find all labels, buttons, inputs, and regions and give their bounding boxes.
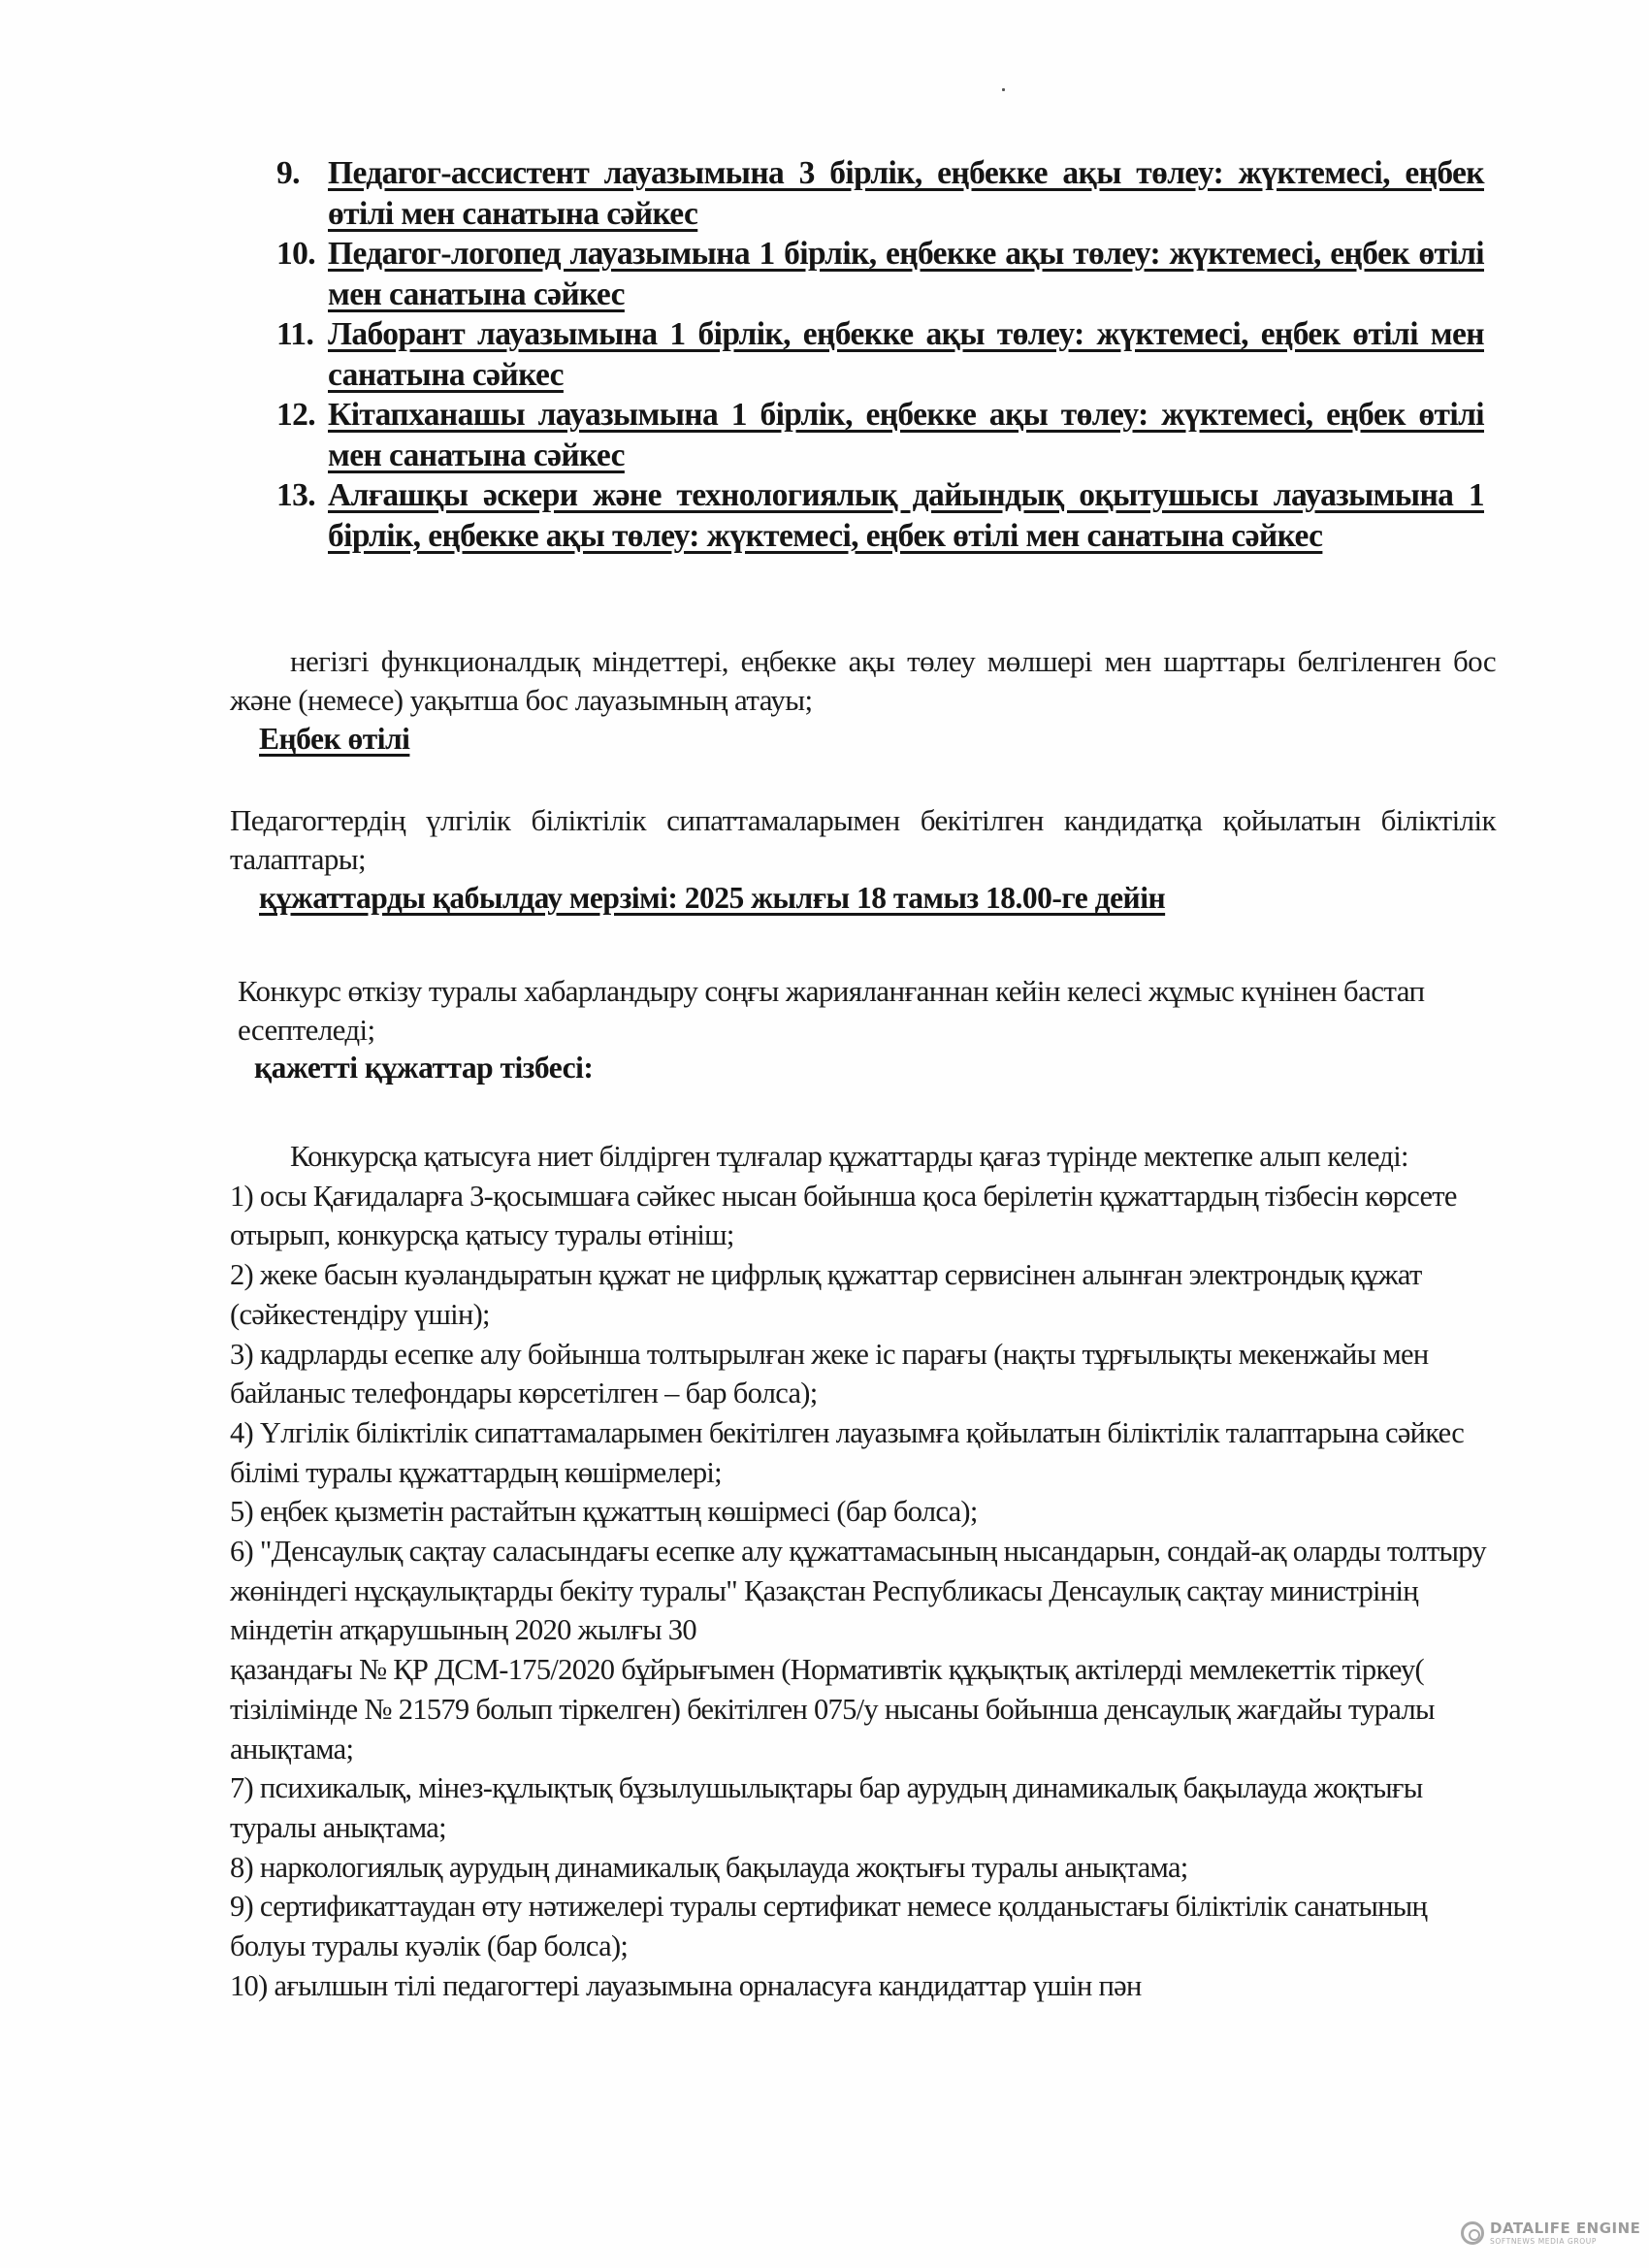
document-item: 10) ағылшын тілі педагогтері лауазымына … <box>230 1966 1501 2006</box>
position-item: 11. Лаборант лауазымына 1 бірлік, еңбекк… <box>276 314 1484 395</box>
position-number: 10. <box>276 234 328 275</box>
documents-intro: Конкурсқа қатысуға ниет білдірген тұлғал… <box>230 1137 1501 1177</box>
datalife-watermark: DATALIFE ENGINE SOFTNEWS MEDIA GROUP <box>1461 2221 1640 2246</box>
document-item: 7) психикалық, мінез-құлықтық бұзылушылы… <box>230 1768 1501 1847</box>
document-page: 9. Педагог-ассистент лауазымына 3 бірлік… <box>0 0 1649 2268</box>
position-number: 13. <box>276 475 328 516</box>
position-text: Лаборант лауазымына 1 бірлік, еңбекке ақ… <box>328 316 1484 393</box>
documents-heading: қажетті құжаттар тізбесі: <box>254 1049 593 1087</box>
qualification-requirements-paragraph: Педагогтердің үлгілік біліктілік сипатта… <box>230 801 1496 879</box>
position-item: 10. Педагог-логопед лауазымына 1 бірлік,… <box>276 234 1484 314</box>
document-item: 6) "Денсаулық сақтау саласындағы есепке … <box>230 1532 1501 1650</box>
document-item: 4) Үлгілік біліктілік сипаттамаларымен б… <box>230 1413 1501 1492</box>
position-text: Алғашқы әскери және технологиялық дайынд… <box>328 477 1484 554</box>
position-item: 13. Алғашқы әскери және технологиялық да… <box>276 475 1484 556</box>
position-number: 11. <box>276 314 328 355</box>
document-item: 1) осы Қағидаларға 3-қосымшаға сәйкес ны… <box>230 1177 1501 1255</box>
deadline-heading: құжаттарды қабылдау мерзімі: 2025 жылғы … <box>259 879 1165 918</box>
position-text: Педагог-ассистент лауазымына 3 бірлік, е… <box>328 155 1484 232</box>
document-item: 9) сертификаттаудан өту нәтижелері турал… <box>230 1887 1501 1965</box>
document-item: қазандағы № ҚР ДСМ-175/2020 бұйрығымен (… <box>230 1650 1501 1768</box>
watermark-title: DATALIFE ENGINE <box>1490 2221 1640 2236</box>
position-text: Педагог-логопед лауазымына 1 бірлік, еңб… <box>328 236 1484 312</box>
position-number: 9. <box>276 153 328 194</box>
document-item: 3) кадрларды есепке алу бойынша толтырыл… <box>230 1335 1501 1413</box>
document-item: 5) еңбек қызметін растайтын құжаттың көш… <box>230 1492 1501 1532</box>
functional-duties-paragraph: негізгі функционалдық міндеттері, еңбекк… <box>230 642 1496 720</box>
position-item: 12. Кітапханашы лауазымына 1 бірлік, еңб… <box>276 395 1484 475</box>
document-item: 2) жеке басын куәландыратын құжат не циф… <box>230 1255 1501 1334</box>
position-number: 12. <box>276 395 328 436</box>
work-experience-heading: Еңбек өтілі <box>259 720 409 759</box>
documents-list: Конкурсқа қатысуға ниет білдірген тұлғал… <box>230 1137 1501 2005</box>
watermark-subtitle: SOFTNEWS MEDIA GROUP <box>1490 2238 1640 2246</box>
positions-list: 9. Педагог-ассистент лауазымына 3 бірлік… <box>276 153 1484 556</box>
deadline-note-paragraph: Конкурс өткізу туралы хабарландыру соңғы… <box>238 972 1503 1050</box>
document-item: 8) наркологиялық аурудың динамикалық бақ… <box>230 1848 1501 1888</box>
scan-speck <box>1002 88 1005 91</box>
position-text: Кітапханашы лауазымына 1 бірлік, еңбекке… <box>328 397 1484 473</box>
datalife-logo-icon <box>1461 2221 1484 2245</box>
position-item: 9. Педагог-ассистент лауазымына 3 бірлік… <box>276 153 1484 234</box>
